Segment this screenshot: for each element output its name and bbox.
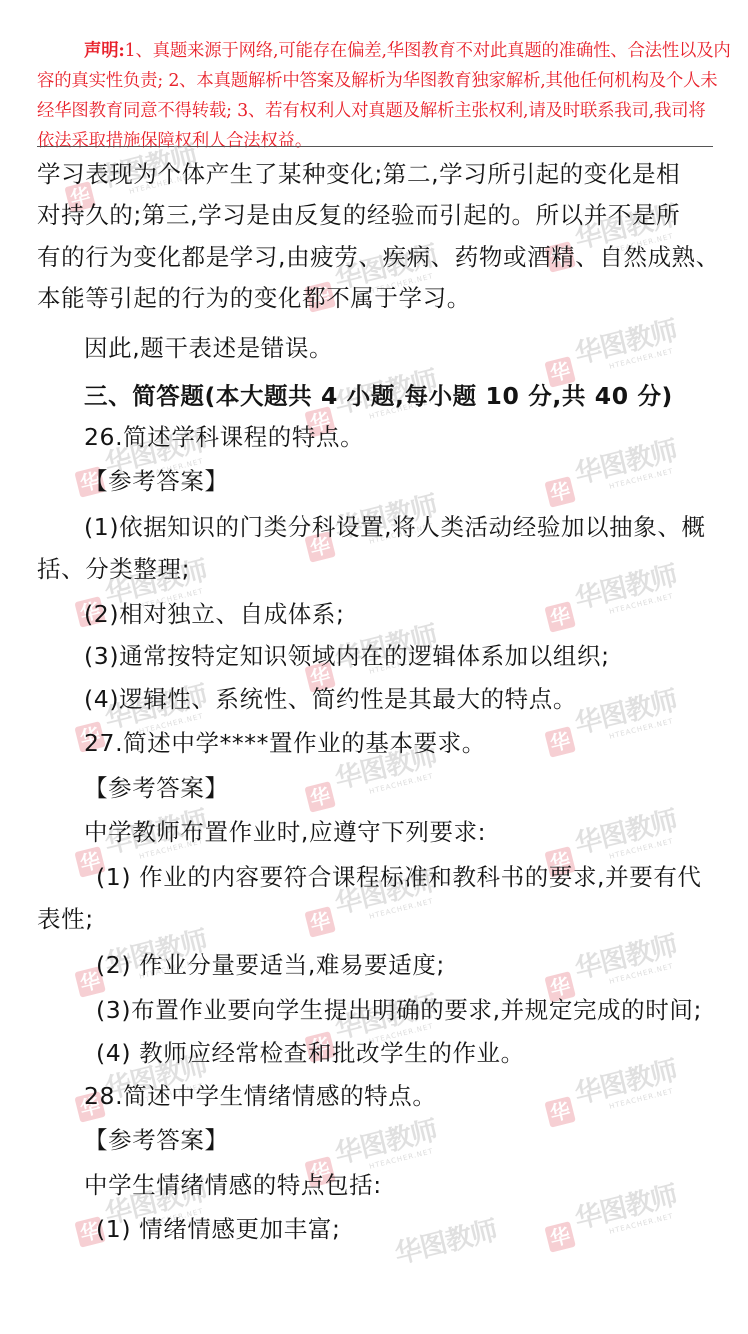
watermark-site: HTEACHER.NET bbox=[368, 772, 434, 796]
watermark-logo-icon: 华 bbox=[304, 906, 336, 938]
body-paragraph-line: 学习表现为个体产生了某种变化;第二,学习所引起的变化是相 bbox=[37, 159, 680, 189]
header-divider bbox=[37, 146, 713, 147]
disclaimer-line: 容的真实性负责; 2、本真题解析中答案及解析为华图教育独家解析,其他任何机构及个… bbox=[37, 66, 717, 96]
reference-answer-label: 【参考答案】 bbox=[84, 466, 229, 496]
watermark-brand: 华图教师 bbox=[572, 686, 680, 740]
watermark: 华 华图教师 HTEACHER.NET bbox=[540, 429, 700, 524]
reference-answer-label: 【参考答案】 bbox=[84, 773, 229, 803]
document-page: 声明:1、真题来源于网络,可能存在偏差,华图教育不对此真题的准确性、合法性以及内… bbox=[0, 0, 748, 1334]
body-paragraph-line: 有的行为变化都是学习,由疲劳、疾病、药物或酒精、自然成熟、 bbox=[37, 242, 720, 272]
watermark-site: HTEACHER.NET bbox=[608, 1212, 674, 1236]
body-paragraph-line: 本能等引起的行为的变化都不属于学习。 bbox=[37, 283, 471, 313]
answer-item: (1) 作业的内容要符合课程标准和教科书的要求,并要有代 bbox=[96, 862, 702, 892]
watermark-site: HTEACHER.NET bbox=[368, 1147, 434, 1171]
question-27: 27.简述中学****置作业的基本要求。 bbox=[84, 728, 486, 758]
watermark-site: HTEACHER.NET bbox=[368, 897, 434, 921]
watermark: 华图教师 bbox=[360, 1209, 520, 1304]
watermark-site: HTEACHER.NET bbox=[608, 592, 674, 616]
watermark-logo-icon: 华 bbox=[544, 1096, 576, 1128]
answer-item: (1)依据知识的门类分科设置,将人类活动经验加以抽象、概 bbox=[84, 512, 706, 542]
watermark-brand: 华图教师 bbox=[572, 1181, 680, 1235]
conclusion-line: 因此,题干表述是错误。 bbox=[84, 333, 333, 363]
reference-answer-label: 【参考答案】 bbox=[84, 1125, 229, 1155]
watermark-brand: 华图教师 bbox=[332, 1116, 440, 1170]
answer-item: (4) 教师应经常检查和批改学生的作业。 bbox=[96, 1038, 525, 1068]
watermark-logo-icon: 华 bbox=[544, 476, 576, 508]
watermark: 华 华图教师 HTEACHER.NET bbox=[540, 1174, 700, 1269]
watermark-brand: 华图教师 bbox=[572, 1056, 680, 1110]
disclaimer-line: 经华图教育同意不得转载; 3、若有权利人对真题及解析主张权利,请及时联系我司,我… bbox=[37, 96, 706, 126]
answer-item: (2)相对独立、自成体系; bbox=[84, 599, 345, 629]
answer-item-continued: 表性; bbox=[37, 904, 94, 934]
watermark-brand: 华图教师 bbox=[572, 316, 680, 370]
watermark-logo-icon: 华 bbox=[544, 601, 576, 633]
watermark-site: HTEACHER.NET bbox=[608, 347, 674, 371]
watermark-brand: 华图教师 bbox=[392, 1216, 500, 1270]
watermark-site: HTEACHER.NET bbox=[608, 962, 674, 986]
watermark-site: HTEACHER.NET bbox=[608, 1087, 674, 1111]
answer-item: (1) 情绪情感更加丰富; bbox=[96, 1214, 340, 1244]
watermark-brand: 华图教师 bbox=[572, 931, 680, 985]
watermark-brand: 华图教师 bbox=[572, 561, 680, 615]
answer-item: (2) 作业分量要适当,难易要适度; bbox=[96, 950, 445, 980]
watermark-brand: 华图教师 bbox=[572, 806, 680, 860]
watermark-site: HTEACHER.NET bbox=[608, 717, 674, 741]
watermark-logo-icon: 华 bbox=[544, 1221, 576, 1253]
section-heading: 三、简答题(本大题共 4 小题,每小题 10 分,共 40 分) bbox=[84, 381, 673, 411]
disclaimer-line: 声明:1、真题来源于网络,可能存在偏差,华图教育不对此真题的准确性、合法性以及内 bbox=[84, 36, 731, 66]
answer-item-continued: 括、分类整理; bbox=[37, 554, 190, 584]
answer-item: (3)布置作业要向学生提出明确的要求,并规定完成的时间; bbox=[96, 995, 702, 1025]
watermark-logo-icon: 华 bbox=[304, 781, 336, 813]
disclaimer-lead: 声明: bbox=[84, 41, 125, 61]
question-28: 28.简述中学生情绪情感的特点。 bbox=[84, 1081, 436, 1111]
answer-intro: 中学教师布置作业时,应遵守下列要求: bbox=[84, 817, 486, 847]
watermark: 华 华图教师 HTEACHER.NET bbox=[540, 554, 700, 649]
question-26: 26.简述学科课程的特点。 bbox=[84, 422, 364, 452]
disclaimer-line: 依法采取措施保障权利人合法权益。 bbox=[37, 126, 312, 156]
watermark-brand: 华图教师 bbox=[572, 436, 680, 490]
watermark-site: HTEACHER.NET bbox=[608, 467, 674, 491]
answer-item: (4)逻辑性、系统性、简约性是其最大的特点。 bbox=[84, 684, 577, 714]
watermark-logo-icon: 华 bbox=[544, 726, 576, 758]
watermark: 华 华图教师 HTEACHER.NET bbox=[540, 1049, 700, 1144]
body-paragraph-line: 对持久的;第三,学习是由反复的经验而引起的。所以并不是所 bbox=[37, 200, 680, 230]
watermark-site: HTEACHER.NET bbox=[608, 837, 674, 861]
disclaimer-text: 1、真题来源于网络,可能存在偏差,华图教育不对此真题的准确性、合法性以及内 bbox=[125, 41, 731, 61]
answer-intro: 中学生情绪情感的特点包括: bbox=[84, 1170, 382, 1200]
answer-item: (3)通常按特定知识领域内在的逻辑体系加以组织; bbox=[84, 641, 610, 671]
